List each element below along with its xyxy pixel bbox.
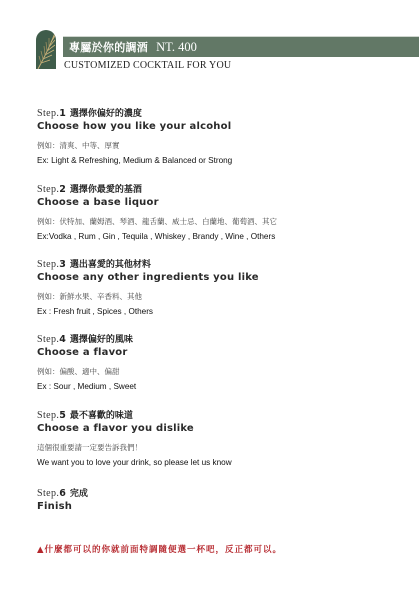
step-title-zh: 選擇偏好的風味 xyxy=(70,335,133,345)
step-number: 5 xyxy=(59,410,66,421)
step-example-zh: 例如：新鮮水果、辛香料、其他 xyxy=(37,291,259,302)
menu-subtitle: CUSTOMIZED COCKTAIL FOR YOU xyxy=(64,60,231,71)
step-1: Step.1選擇你偏好的濃度 Choose how you like your … xyxy=(37,108,232,166)
step-example-zh: 例如：偏酸、適中、偏甜 xyxy=(37,366,136,377)
title-bar: 專屬於你的調酒 NT. 400 xyxy=(63,36,419,57)
palm-leaf-logo-icon xyxy=(36,30,56,69)
step-example-zh: 例如：清爽、中等、厚實 xyxy=(37,140,232,151)
step-heading: Step.6完成 xyxy=(37,488,88,500)
step-title-en: Choose a flavor you dislike xyxy=(37,422,232,435)
step-number: 2 xyxy=(59,184,66,195)
step-4: Step.4選擇偏好的風味 Choose a flavor 例如：偏酸、適中、偏… xyxy=(37,334,136,392)
step-title-zh: 選擇你最愛的基酒 xyxy=(70,185,142,195)
step-word: Step. xyxy=(37,259,59,270)
step-heading: Step.4選擇偏好的風味 xyxy=(37,334,136,346)
footnote-warning: ▲什麼都可以的你就前面特調隨便選一杯吧，反正都可以。 xyxy=(37,543,282,555)
step-title-en: Choose a base liquor xyxy=(37,196,277,209)
step-title-zh: 選出喜愛的其他材料 xyxy=(70,260,151,270)
step-title-zh: 最不喜歡的味道 xyxy=(70,411,133,421)
step-2: Step.2選擇你最愛的基酒 Choose a base liquor 例如：伏… xyxy=(37,184,277,242)
step-title-zh: 選擇你偏好的濃度 xyxy=(70,109,142,119)
step-heading: Step.1選擇你偏好的濃度 xyxy=(37,108,232,120)
step-5: Step.5最不喜歡的味道 Choose a flavor you dislik… xyxy=(37,410,232,468)
step-word: Step. xyxy=(37,410,59,421)
step-example-en: Ex : Sour , Medium , Sweet xyxy=(37,381,136,392)
step-example-en: We want you to love your drink, so pleas… xyxy=(37,457,232,468)
step-number: 1 xyxy=(59,108,66,119)
step-number: 4 xyxy=(59,334,66,345)
menu-title: 專屬於你的調酒 xyxy=(69,39,148,55)
step-heading: Step.3選出喜愛的其他材料 xyxy=(37,259,259,271)
step-word: Step. xyxy=(37,488,59,499)
step-3: Step.3選出喜愛的其他材料 Choose any other ingredi… xyxy=(37,259,259,317)
step-6: Step.6完成 Finish xyxy=(37,488,88,513)
step-title-zh: 完成 xyxy=(70,489,88,499)
step-heading: Step.5最不喜歡的味道 xyxy=(37,410,232,422)
step-title-en: Choose a flavor xyxy=(37,346,136,359)
step-title-en: Choose how you like your alcohol xyxy=(37,120,232,133)
step-word: Step. xyxy=(37,184,59,195)
step-example-en: Ex : Fresh fruit , Spices , Others xyxy=(37,306,259,317)
menu-header: 專屬於你的調酒 NT. 400 CUSTOMIZED COCKTAIL FOR … xyxy=(0,0,419,80)
step-example-zh: 這個很重要請一定要告訴我們！ xyxy=(37,442,232,453)
step-title-en: Choose any other ingredients you like xyxy=(37,271,259,284)
step-number: 6 xyxy=(59,488,66,499)
step-word: Step. xyxy=(37,334,59,345)
step-word: Step. xyxy=(37,108,59,119)
step-heading: Step.2選擇你最愛的基酒 xyxy=(37,184,277,196)
step-example-en: Ex: Light & Refreshing, Medium & Balance… xyxy=(37,155,232,166)
step-example-zh: 例如：伏特加、蘭姆酒、琴酒、龍舌蘭、威士忌、白蘭地、葡萄酒、其它 xyxy=(37,216,277,227)
price-label: NT. 400 xyxy=(156,40,197,55)
step-title-en: Finish xyxy=(37,500,88,513)
step-number: 3 xyxy=(59,259,66,270)
step-example-en: Ex:Vodka , Rum , Gin , Tequila , Whiskey… xyxy=(37,231,277,242)
